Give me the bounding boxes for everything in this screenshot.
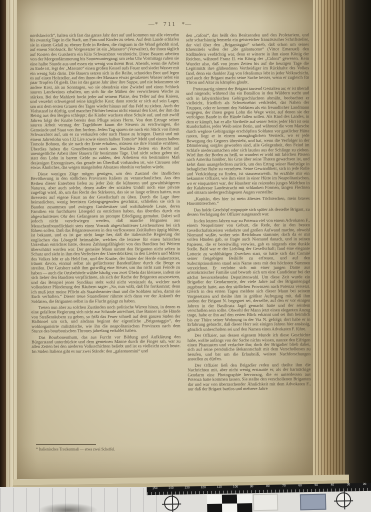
registration-mark-right: [336, 492, 351, 507]
checker-cell: [207, 495, 222, 504]
footnote-separator-rule: [36, 444, 96, 445]
ruler-number: 150: [147, 487, 163, 492]
calibration-ruler: 1501401301201101009080706050403020: [147, 483, 371, 512]
paragraph: Diese wenigen Züge mögen genügen, um den…: [31, 171, 181, 304]
checker-cell: [207, 504, 222, 512]
page-number: 711: [163, 22, 176, 28]
ruler-number: 50: [308, 484, 324, 489]
checkerboard-target: [207, 494, 252, 512]
paragraph: „Kapitän, dies hier ist mein ältestes Tö…: [187, 196, 310, 206]
paragraph: den „cafoni“, das heißt den Besitzenden …: [186, 33, 309, 86]
book-scan-scene: —* 711 *— nordslawisch“, halten sich fas…: [0, 0, 371, 512]
checker-cell: [237, 494, 252, 503]
text-column-left: nordslawisch“, halten sich fast das ganz…: [30, 33, 181, 443]
ruler-number: 130: [179, 486, 195, 491]
checker-cell: [237, 503, 252, 512]
footnote: * Italienisches Trockenmaß — etwa zwei S…: [36, 447, 181, 452]
registration-crosshair-vertical: [171, 494, 172, 512]
gray-calibration-patch: [300, 494, 326, 510]
paragraph: Treten nun aber zu solchen Zuständen noc…: [31, 305, 180, 334]
header-ornament-left: —*: [148, 22, 158, 28]
text-column-left-content: nordslawisch“, halten sich fast das ganz…: [30, 33, 181, 354]
ruler-number: 80: [260, 485, 276, 490]
checker-cell: [222, 494, 237, 503]
paragraph: Das Bourbonenthum, das aus Furcht vor Bi…: [32, 334, 181, 354]
ruler-number: 140: [163, 487, 179, 492]
paragraph: In den letzten Jahren war zu Potenza vie…: [187, 218, 311, 332]
checker-cell: [222, 503, 237, 512]
book-cover-right: [345, 0, 371, 500]
ruler-number: 120: [195, 486, 211, 491]
ruler-number: 90: [244, 485, 260, 490]
text-column-right: den „cafoni“, das heißt den Besitzenden …: [186, 33, 311, 460]
ruler-number: 40: [324, 483, 340, 488]
ruler-number: 60: [292, 484, 308, 489]
light-calibration-square: [253, 494, 278, 511]
ruler-number: 30: [340, 483, 356, 488]
text-column-right-content: den „cafoni“, das heißt den Besitzenden …: [186, 33, 311, 392]
paragraph: Der Offizier ließ den Brigadier reden un…: [188, 363, 311, 392]
background-smudge: [38, 503, 98, 512]
header-ornament-right: *—: [182, 22, 192, 28]
ruler-number: 70: [276, 484, 292, 489]
ruler-number: 20: [357, 483, 371, 488]
paragraph: nordslawisch“, halten sich fast das ganz…: [30, 33, 180, 171]
paragraph: Proteusartig nimmt der Brigant tausend G…: [186, 86, 310, 195]
paragraph: Der Offizier, aus dessen eigenem Munde i…: [187, 333, 310, 362]
page-header: —* 711 *—: [31, 22, 309, 28]
paragraph: Das holde Geschöpf entpuppte sich später…: [187, 207, 310, 217]
registration-mark-left: [164, 496, 179, 511]
ruler-number: 110: [211, 486, 227, 491]
ruler-number: 100: [227, 485, 243, 490]
registration-crosshair-vertical: [343, 490, 344, 509]
